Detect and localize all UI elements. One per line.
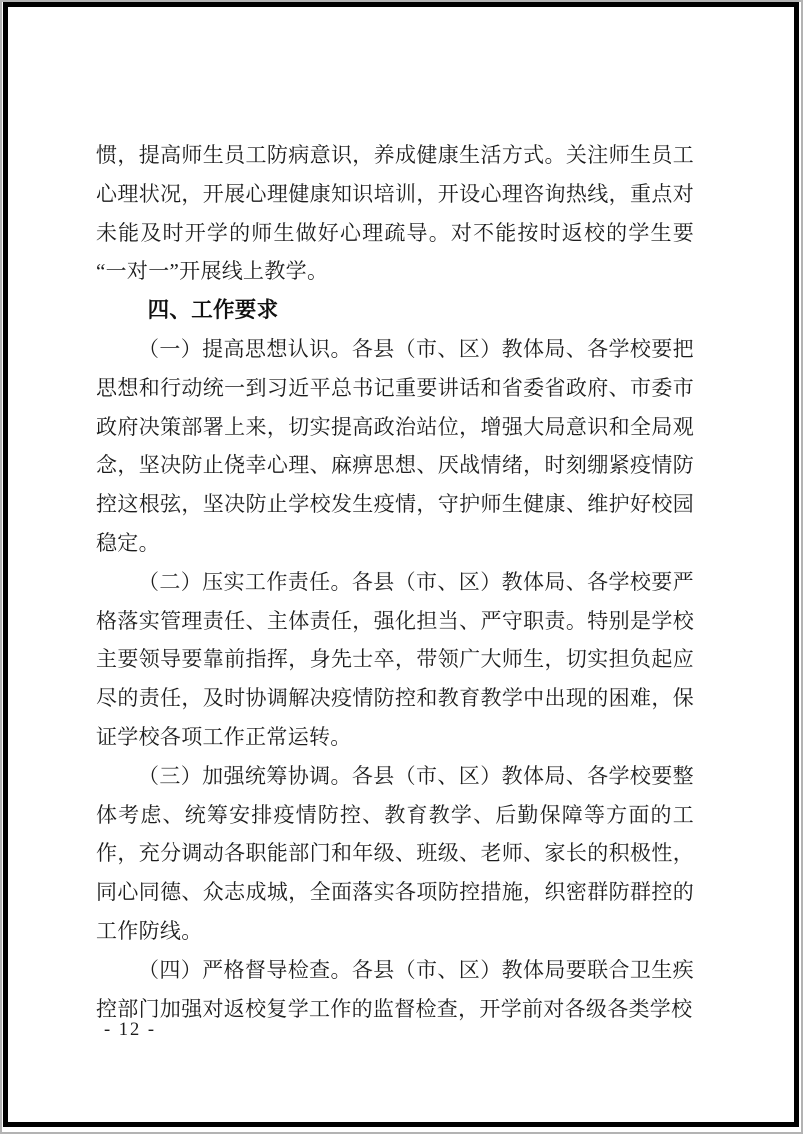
continuation-paragraph: 惯，提高师生员工防病意识，养成健康生活方式。关注师生员工心理状况，开展心理健康知… — [96, 136, 694, 291]
paragraph-4: （四）严格督导检查。各县（市、区）教体局要联合卫生疾控部门加强对返校复学工作的监… — [96, 951, 694, 1029]
section-heading: 四、工作要求 — [96, 291, 694, 330]
document-page: 惯，提高师生员工防病意识，养成健康生活方式。关注师生员工心理状况，开展心理健康知… — [0, 0, 803, 1134]
page-body: 惯，提高师生员工防病意识，养成健康生活方式。关注师生员工心理状况，开展心理健康知… — [96, 136, 694, 1028]
page-number: - 12 - — [104, 1020, 156, 1041]
paragraph-3: （三）加强统筹协调。各县（市、区）教体局、各学校要整体考虑、统筹安排疫情防控、教… — [96, 757, 694, 951]
paragraph-2: （二）压实工作责任。各县（市、区）教体局、各学校要严格落实管理责任、主体责任，强… — [96, 563, 694, 757]
paragraph-1: （一）提高思想认识。各县（市、区）教体局、各学校要把思想和行动统一到习近平总书记… — [96, 330, 694, 563]
